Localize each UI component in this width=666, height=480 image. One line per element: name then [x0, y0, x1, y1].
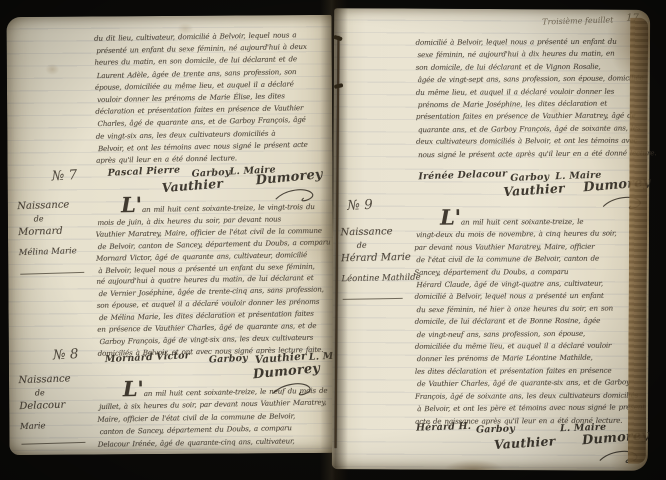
handwritten-line: âgée de vingt-sept ans, sans profession,…: [418, 72, 646, 86]
folio-header-note: Troisième feuillet: [542, 15, 614, 26]
handwritten-line: donner les prénoms de Marie Léontine Mat…: [417, 352, 645, 366]
handwritten-line: quarante ans, et de Garboy François, âgé…: [418, 122, 646, 136]
signature-witness: Garboy: [476, 423, 515, 435]
margin-note-entry7: NaissancedeMornardMélina Marie: [17, 198, 97, 261]
margin-note-entry9: NaissancedeHérard MarieLéontine Mathilde: [340, 225, 419, 287]
signature-witness: Vauthier: [494, 433, 556, 452]
handwritten-line: à Belvoir, et ont les père et témoins av…: [417, 401, 645, 415]
handwritten-line: de l'état civil de la commune de Belvoir…: [416, 252, 644, 266]
handwritten-line: sexe féminin, né aujourd'hui à dix heure…: [417, 48, 645, 62]
handwritten-line: L'an mil huit cent soixante-treize, le: [414, 211, 642, 230]
entry9-signatures: Hérard H. Garboy L. Maire Vauthier Dumor…: [414, 422, 664, 467]
handwritten-line: Hérard Marie: [341, 251, 419, 266]
handwritten-line: prénoms de Marie Joséphine, les dites dé…: [418, 97, 646, 111]
handwritten-line: vingt-deux du mois de novembre, à cinq h…: [416, 228, 644, 242]
handwritten-line: domicile, de lui déclarant et de Bonne R…: [415, 315, 643, 329]
signature-witness: Vauthier: [503, 180, 565, 199]
entry9-text: L'an mil huit cent soixante-treize, levi…: [414, 211, 643, 428]
handwritten-line: de Vauthier Charles, âgé de quarante-six…: [417, 377, 645, 391]
handwritten-line: Marie: [19, 410, 98, 434]
book-fore-edge: [628, 18, 648, 464]
margin-note-entry8: NaissancedeDelacourMarie: [18, 372, 98, 435]
handwritten-line: de vingt-neuf ans, sans profession, son …: [417, 327, 645, 341]
margin-underline: [343, 298, 403, 300]
entry8-text-start: L'an mil huit cent soixante-treize, le n…: [97, 380, 334, 451]
handwritten-line: deux cultivateurs domiciliés à Belvoir, …: [416, 135, 644, 149]
entry8-text-end: domicilié à Belvoir, lequel nous a prése…: [415, 36, 644, 161]
handwritten-line: Hérard Claude, âgé de vingt-quatre ans, …: [416, 277, 644, 291]
handwritten-line: Léontine Mathilde: [341, 264, 419, 287]
entry-number-9: № 9: [347, 197, 373, 214]
handwritten-line: Mélina Marie: [18, 236, 97, 260]
entry7-text: L'an mil huit cent soixante-treize, le v…: [95, 196, 334, 360]
signature-witness: Vauthier: [161, 176, 223, 196]
signature-declarant: Irénée Delacour: [418, 168, 507, 182]
entry6-continuation-text: du dit lieu, cultivateur, domicilié à Be…: [94, 29, 332, 167]
signature-declarant: Hérard H.: [416, 421, 472, 434]
margin-underline: [20, 272, 84, 275]
entry-number-8: № 8: [52, 346, 79, 363]
signature-declarant: Mornard Victor: [105, 350, 190, 365]
signature-declarant: Pascal Pierre: [107, 165, 180, 179]
handwritten-line: nous signé le présent acte après qu'il l…: [418, 147, 646, 161]
left-page: du dit lieu, cultivateur, domicilié à Be…: [6, 15, 334, 455]
signature-witness: Garboy: [209, 353, 248, 366]
register-scan: du dit lieu, cultivateur, domicilié à Be…: [0, 0, 666, 480]
margin-underline: [21, 442, 85, 445]
right-page: Troisième feuillet 17 domicilié à Belvoi…: [332, 8, 650, 471]
entry-number-7: № 7: [51, 167, 78, 184]
handwritten-line: du sexe féminin, né hier à onze heures d…: [416, 302, 644, 316]
